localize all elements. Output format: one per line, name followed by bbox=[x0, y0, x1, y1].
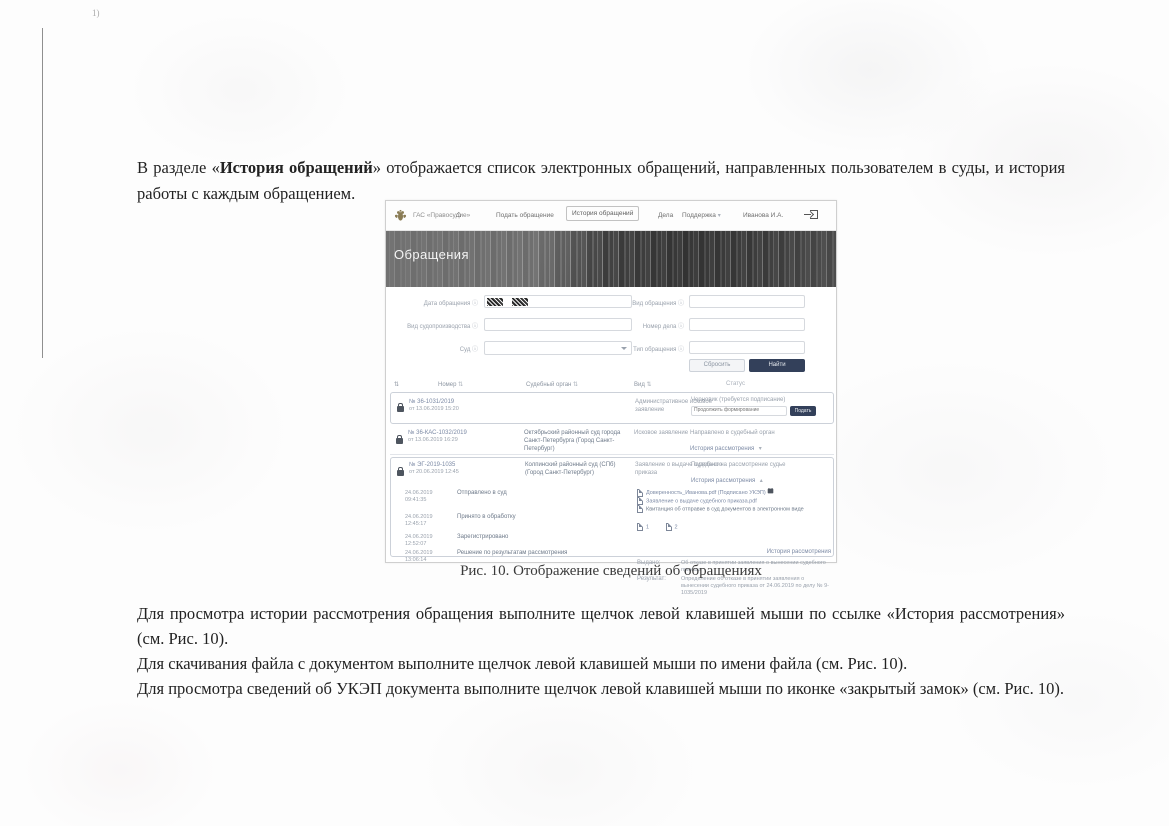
filter-label-appeal-type: Тип обращения ⓘ bbox=[626, 344, 684, 353]
appeal-status: Черновик (требуется подписание) bbox=[691, 396, 829, 404]
attachment-number: 2 bbox=[675, 525, 678, 531]
appeal-status: Передано на рассмотрение судье bbox=[691, 461, 829, 469]
file-item[interactable]: Доверенность_Иванова.pdf (Подписано УКЭП… bbox=[637, 488, 831, 497]
timeline-time-value: 09:41:35 bbox=[405, 497, 426, 503]
col-header-kind[interactable]: Вид ⇅ bbox=[634, 381, 652, 388]
draft-submit-button[interactable]: Подать bbox=[790, 406, 816, 416]
timeline-date-value: 24.06.2019 bbox=[405, 514, 433, 520]
timeline-date: 24.06.201912:45:17 bbox=[405, 514, 443, 528]
table-row-expanded[interactable]: № ЭГ-2019-1035 от 20.06.2019 12:45 Колпи… bbox=[390, 457, 834, 557]
brand-name: ГАС «Правосудие» bbox=[413, 212, 470, 219]
reset-button[interactable]: Сбросить bbox=[689, 359, 745, 372]
closed-lock-icon[interactable] bbox=[397, 470, 404, 476]
filter-label-proceeding-kind: Вид судопроизводства ⓘ bbox=[386, 321, 478, 330]
page-title: Обращения bbox=[394, 247, 469, 262]
timeline-date-value: 24.06.2019 bbox=[405, 550, 433, 556]
logout-icon[interactable] bbox=[810, 210, 818, 219]
col-header-kind-label: Вид bbox=[634, 382, 645, 388]
nav-item-support-label: Поддержка bbox=[682, 212, 716, 219]
filter-label-appeal-kind: Вид обращения ⓘ bbox=[626, 298, 684, 307]
intro-text-before: В разделе « bbox=[137, 158, 220, 177]
timeline-event: Отправлено в суд bbox=[457, 490, 607, 497]
filter-court-select[interactable] bbox=[484, 341, 632, 355]
col-header-status: Статус bbox=[726, 381, 745, 387]
court-name: Колпинский районный суд (СПб) (Город Сан… bbox=[525, 461, 627, 477]
timeline-time-value: 12:52:07 bbox=[405, 541, 426, 547]
intro-paragraph: В разделе «История обращений» отображает… bbox=[137, 155, 1065, 207]
col-header-number-label: Номер bbox=[438, 382, 456, 388]
col-header-court[interactable]: Судебный орган ⇅ bbox=[526, 381, 578, 388]
chevron-up-icon: ▴ bbox=[760, 478, 763, 484]
table-row[interactable]: № 36-КАС-1032/2019 от 13.06.2019 16:29 О… bbox=[390, 427, 834, 455]
filter-date-range-input[interactable] bbox=[484, 295, 632, 308]
date-stamp-to bbox=[512, 298, 528, 306]
sort-icon: ⇅ bbox=[458, 382, 463, 388]
appeal-number-link[interactable]: № 36-1031/2019 bbox=[409, 398, 519, 406]
timeline-date: 24.06.201913:06:14 bbox=[405, 550, 443, 564]
timeline-time-value: 12:45:17 bbox=[405, 521, 426, 527]
filter-label-date: Дата обращения ⓘ bbox=[386, 298, 478, 307]
nav-item-cases[interactable]: Дела bbox=[658, 212, 673, 219]
nav-item-submit-appeal[interactable]: Подать обращение bbox=[496, 212, 554, 219]
file-item[interactable]: Заявление о выдаче судебного приказа.pdf bbox=[637, 497, 831, 505]
coat-of-arms-icon bbox=[392, 207, 409, 224]
appeal-timeline: 24.06.201909:41:35 Отправлено в суд 24.0… bbox=[405, 490, 635, 564]
scan-artifact-line bbox=[42, 28, 43, 358]
filter-label-court: Суд ⓘ bbox=[386, 344, 478, 353]
document-icon bbox=[637, 497, 643, 505]
filter-case-number-input[interactable] bbox=[689, 318, 805, 331]
attachment-number: 1 bbox=[646, 525, 649, 531]
appeal-number-link[interactable]: № 36-КАС-1032/2019 bbox=[408, 429, 518, 437]
closed-lock-icon[interactable] bbox=[397, 406, 404, 412]
file-name-link[interactable]: Квитанция об отправке в суд документов в… bbox=[646, 507, 804, 513]
figure-screenshot: ГАС «Правосудие» ⌂ Подать обращение Исто… bbox=[385, 200, 837, 563]
filter-appeal-type-input[interactable] bbox=[689, 341, 805, 354]
instruction-download: Для скачивания файла с документом выполн… bbox=[137, 651, 1065, 676]
closed-lock-icon[interactable] bbox=[768, 489, 774, 494]
sort-icon[interactable]: ⇅ bbox=[394, 381, 399, 388]
history-link[interactable]: История рассмотрения bbox=[690, 446, 754, 452]
appeal-number-link[interactable]: № ЭГ-2019-1035 bbox=[409, 461, 519, 469]
col-header-court-label: Судебный орган bbox=[526, 382, 571, 388]
sort-icon: ⇅ bbox=[647, 382, 652, 388]
filter-label-case-number: Номер дела ⓘ bbox=[626, 321, 684, 330]
appeal-date: от 13.06.2019 16:29 bbox=[408, 437, 518, 443]
appeal-documents: Доверенность_Иванова.pdf (Подписано УКЭП… bbox=[637, 488, 831, 597]
timeline-event: Зарегистрировано bbox=[457, 534, 607, 541]
appeal-date: от 13.06.2019 15:20 bbox=[409, 406, 519, 412]
appeal-date: от 20.06.2019 12:45 bbox=[409, 469, 519, 475]
user-menu[interactable]: Иванова И.А. bbox=[743, 212, 783, 219]
document-icon bbox=[637, 505, 643, 513]
appeal-status: Направлено в судебный орган bbox=[690, 429, 828, 437]
history-link[interactable]: История рассмотрения bbox=[767, 549, 831, 555]
intro-text-bold: История обращений bbox=[220, 158, 373, 177]
margin-mark: 1) bbox=[92, 8, 100, 18]
filter-proceeding-kind-input[interactable] bbox=[484, 318, 632, 331]
closed-lock-icon[interactable] bbox=[396, 438, 403, 444]
instructions-block: Для просмотра истории рассмотрения обращ… bbox=[137, 601, 1065, 701]
chevron-down-icon: ▾ bbox=[718, 213, 721, 219]
timeline-event: Принято в обработку bbox=[457, 514, 607, 521]
document-icon bbox=[637, 523, 643, 531]
timeline-date-value: 24.06.2019 bbox=[405, 490, 433, 496]
attachment-item[interactable]: 1 bbox=[637, 523, 649, 531]
filter-appeal-kind-input[interactable] bbox=[689, 295, 805, 308]
hero-banner: Обращения bbox=[386, 231, 836, 287]
sort-icon: ⇅ bbox=[573, 382, 578, 388]
document-icon bbox=[666, 523, 672, 531]
instruction-history: Для просмотра истории рассмотрения обращ… bbox=[137, 601, 1065, 651]
nav-item-appeal-history[interactable]: История обращений bbox=[566, 206, 639, 221]
document-icon bbox=[637, 489, 643, 497]
timeline-date-value: 24.06.2019 bbox=[405, 534, 433, 540]
file-item[interactable]: Квитанция об отправке в суд документов в… bbox=[637, 505, 831, 513]
chevron-down-icon: ▾ bbox=[759, 446, 762, 452]
attachment-item[interactable]: 2 bbox=[666, 523, 678, 531]
table-row[interactable]: № 36-1031/2019 от 13.06.2019 15:20 Админ… bbox=[390, 392, 834, 424]
file-name-link[interactable]: Заявление о выдаче судебного приказа.pdf bbox=[646, 498, 757, 504]
figure-caption: Рис. 10. Отображение сведений об обращен… bbox=[385, 563, 837, 580]
home-icon[interactable]: ⌂ bbox=[456, 209, 461, 219]
file-name-link[interactable]: Доверенность_Иванова.pdf (Подписано УКЭП… bbox=[646, 490, 766, 496]
draft-action-input[interactable]: Продолжить формирование bbox=[691, 406, 787, 416]
timeline-date: 24.06.201909:41:35 bbox=[405, 490, 443, 504]
app-navbar: ГАС «Правосудие» ⌂ Подать обращение Исто… bbox=[386, 201, 836, 231]
search-button[interactable]: Найти bbox=[749, 359, 805, 372]
nav-item-support[interactable]: Поддержка ▾ bbox=[682, 212, 721, 219]
history-link[interactable]: История рассмотрения bbox=[691, 478, 755, 484]
instruction-ukep: Для просмотра сведений об УКЭП документа… bbox=[137, 676, 1065, 701]
court-name: Октябрьский районный суд города Санкт-Пе… bbox=[524, 429, 626, 453]
col-header-number[interactable]: Номер ⇅ bbox=[438, 381, 463, 388]
timeline-date: 24.06.201912:52:07 bbox=[405, 534, 443, 548]
timeline-event: Решение по результатам рассмотрения bbox=[457, 550, 607, 557]
date-stamp-from bbox=[487, 298, 503, 306]
